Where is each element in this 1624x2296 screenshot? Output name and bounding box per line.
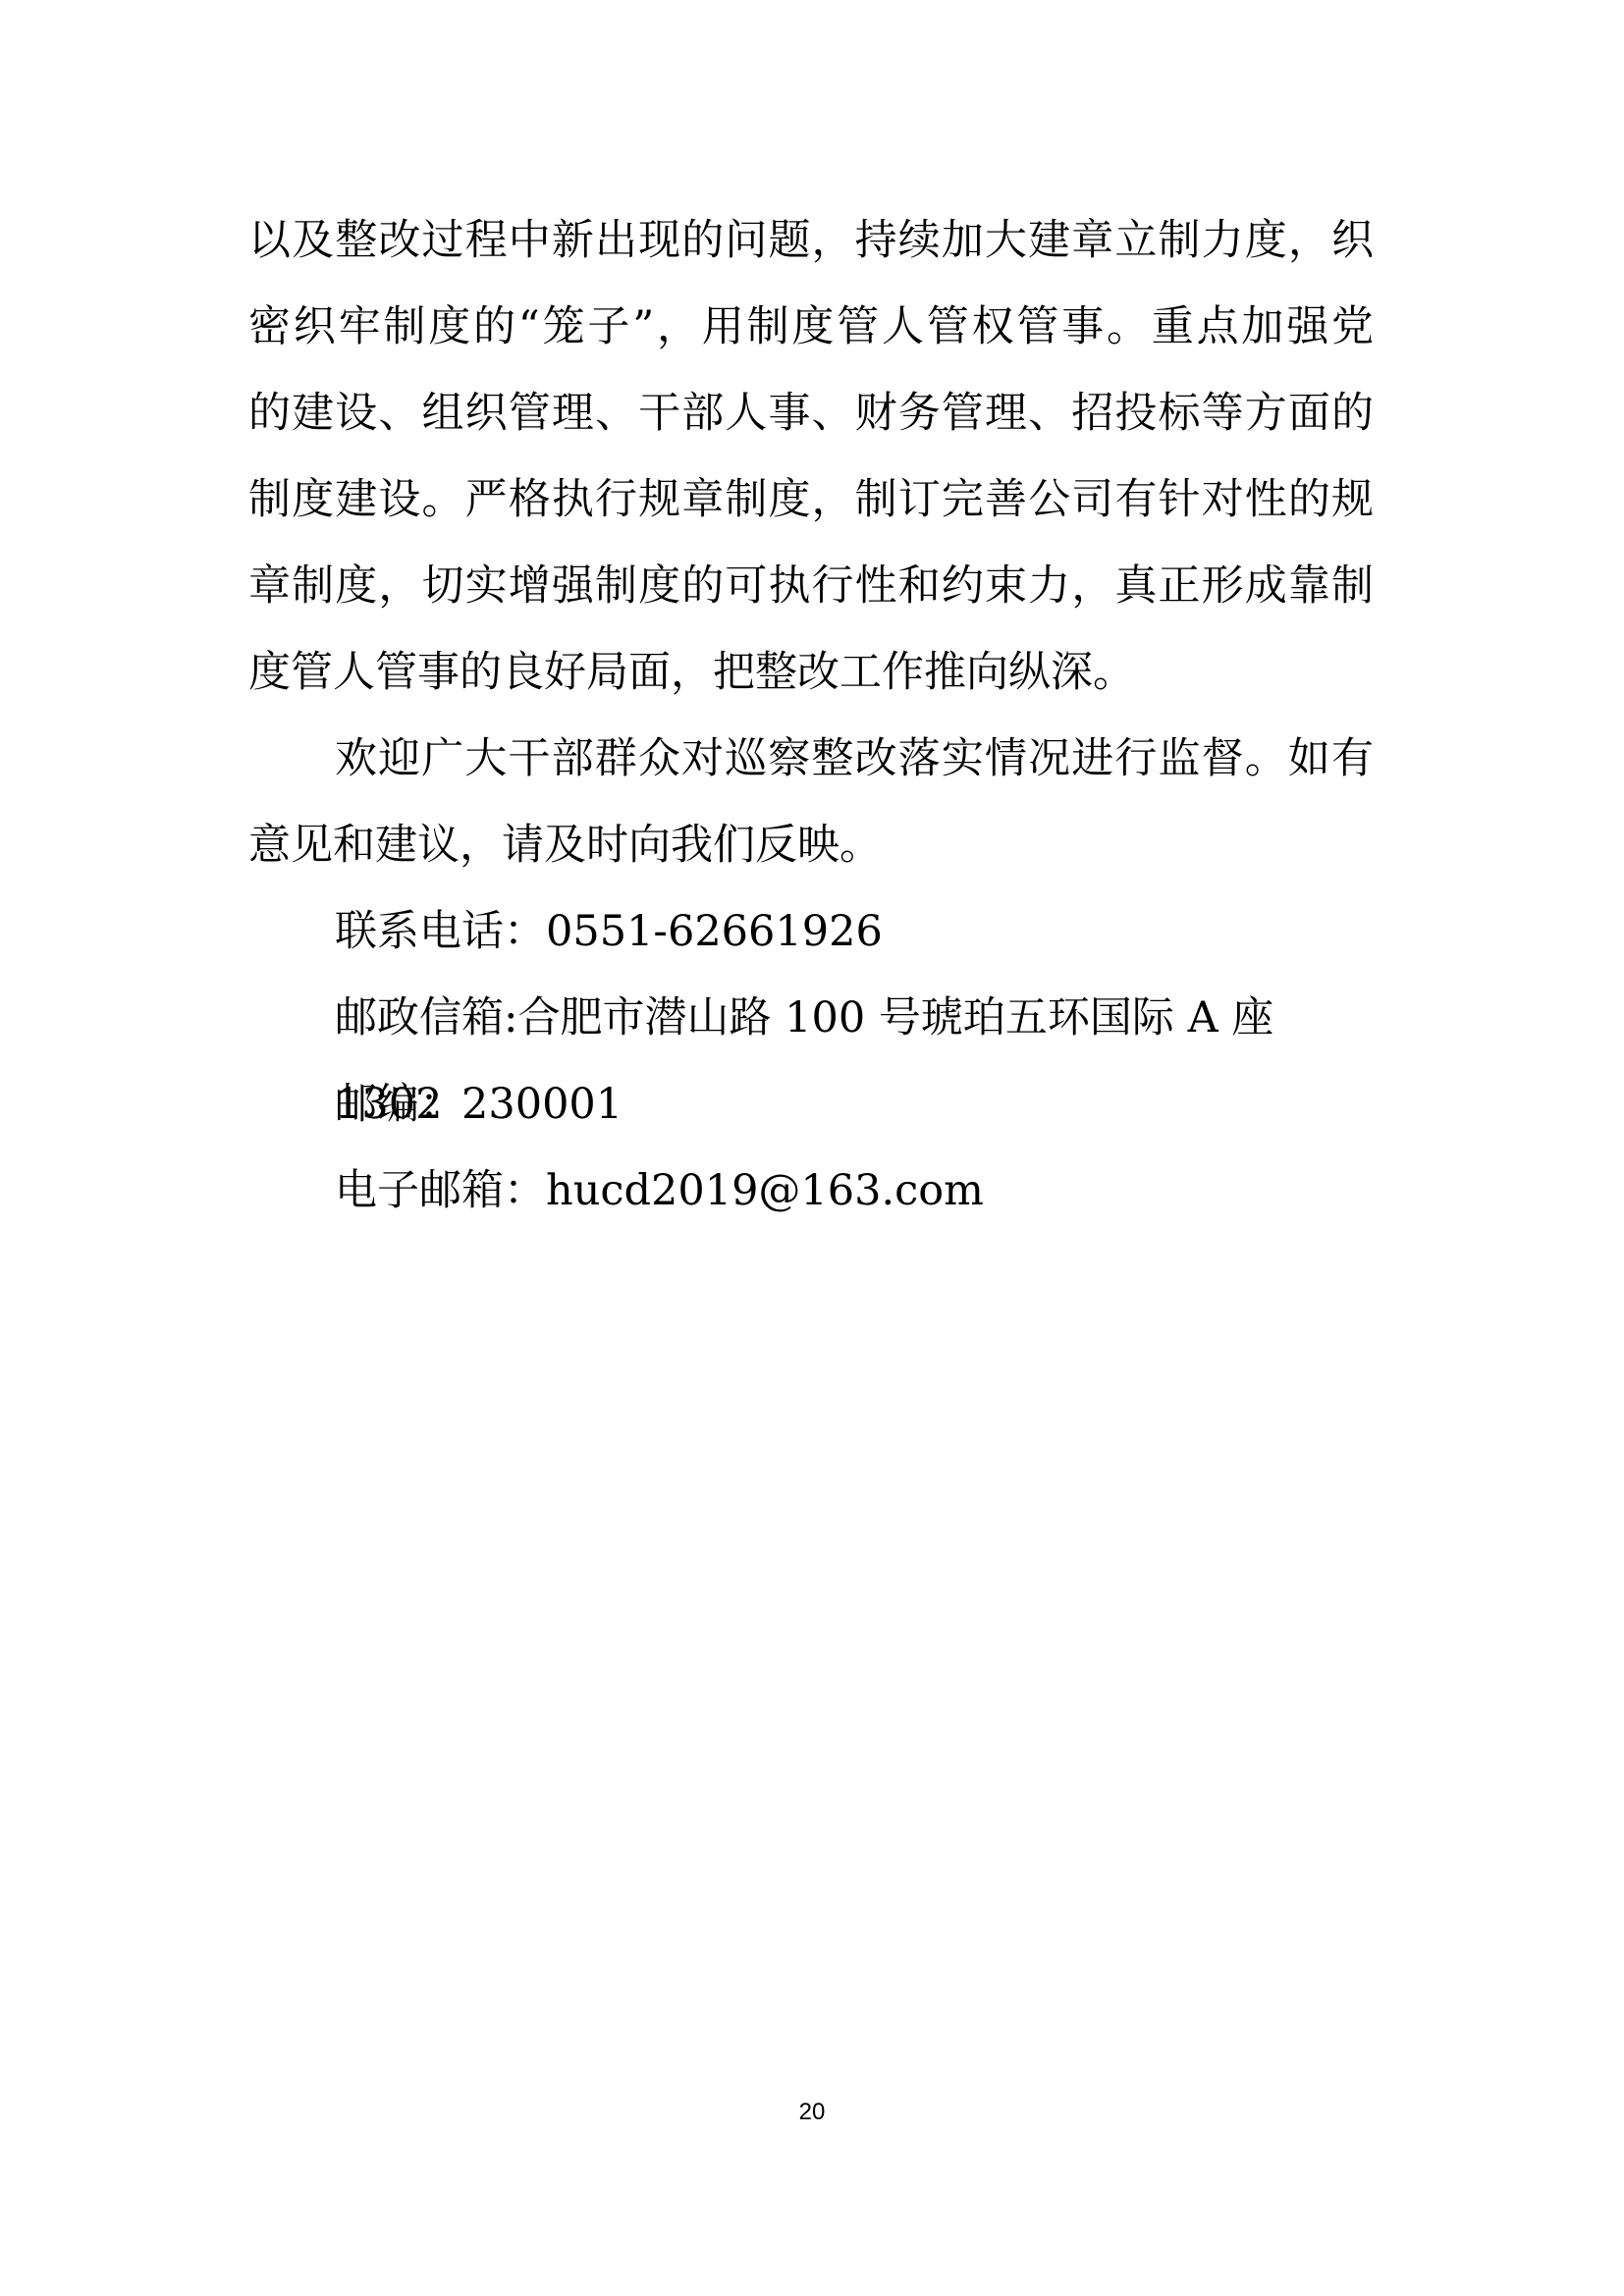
- paragraph1-line: 章制度，切实增强制度的可执行性和约束力，真正形成靠制: [248, 543, 1374, 629]
- paragraph1-line: 度管人管事的良好局面，把整改工作推向纵深。: [248, 629, 1374, 716]
- paragraph1-line: 密织牢制度的“笼子”，用制度管人管权管事。重点加强党: [248, 284, 1374, 370]
- paragraph1-line: 以及整改过程中新出现的问题，持续加大建章立制力度，织: [248, 197, 1374, 284]
- contact-email-line: 电子邮箱：hucd2019@163.com: [248, 1148, 1374, 1234]
- contact-phone-line: 联系电话：0551-62661926: [248, 888, 1374, 975]
- body-text: 以及整改过程中新出现的问题，持续加大建章立制力度，织 密织牢制度的“笼子”，用制…: [248, 197, 1374, 1234]
- contact-mailbox-line: 邮政信箱:合肥市潜山路 100 号琥珀五环国际 A 座 1302: [248, 975, 1374, 1061]
- paragraph1-line: 的建设、组织管理、干部人事、财务管理、招投标等方面的: [248, 370, 1374, 456]
- paragraph2-line: 欢迎广大干部群众对巡察整改落实情况进行监督。如有: [248, 716, 1374, 802]
- document-page: 以及整改过程中新出现的问题，持续加大建章立制力度，织 密织牢制度的“笼子”，用制…: [0, 0, 1624, 2296]
- paragraph1-line: 制度建设。严格执行规章制度，制订完善公司有针对性的规: [248, 456, 1374, 543]
- paragraph2-line: 意见和建议，请及时向我们反映。: [248, 802, 1374, 888]
- page-number: 20: [0, 2097, 1624, 2128]
- contact-postcode-line: 邮编：230001: [248, 1061, 1374, 1148]
